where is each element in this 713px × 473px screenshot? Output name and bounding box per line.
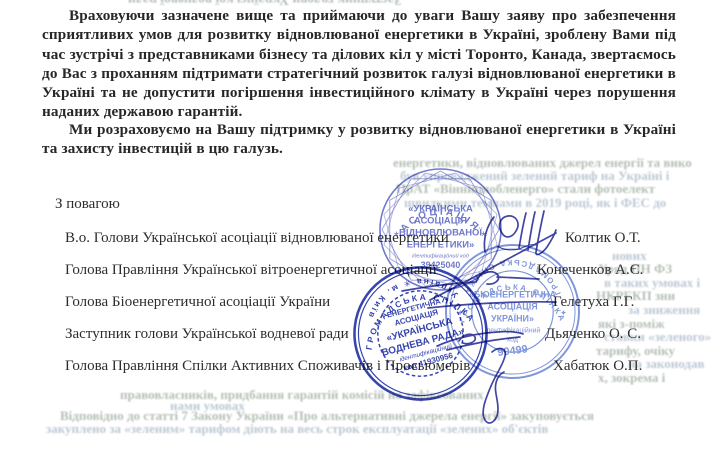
signature-koltyk	[484, 211, 556, 254]
signature-khabatiuk	[483, 349, 505, 423]
signature-konechenkov	[402, 233, 556, 300]
scanned-letter-page: Заступник голови Української водневої ра…	[0, 0, 713, 473]
handwritten-signatures-overlay	[0, 0, 713, 473]
signature-diachenko	[437, 332, 523, 350]
signature-heletukha	[428, 302, 556, 308]
